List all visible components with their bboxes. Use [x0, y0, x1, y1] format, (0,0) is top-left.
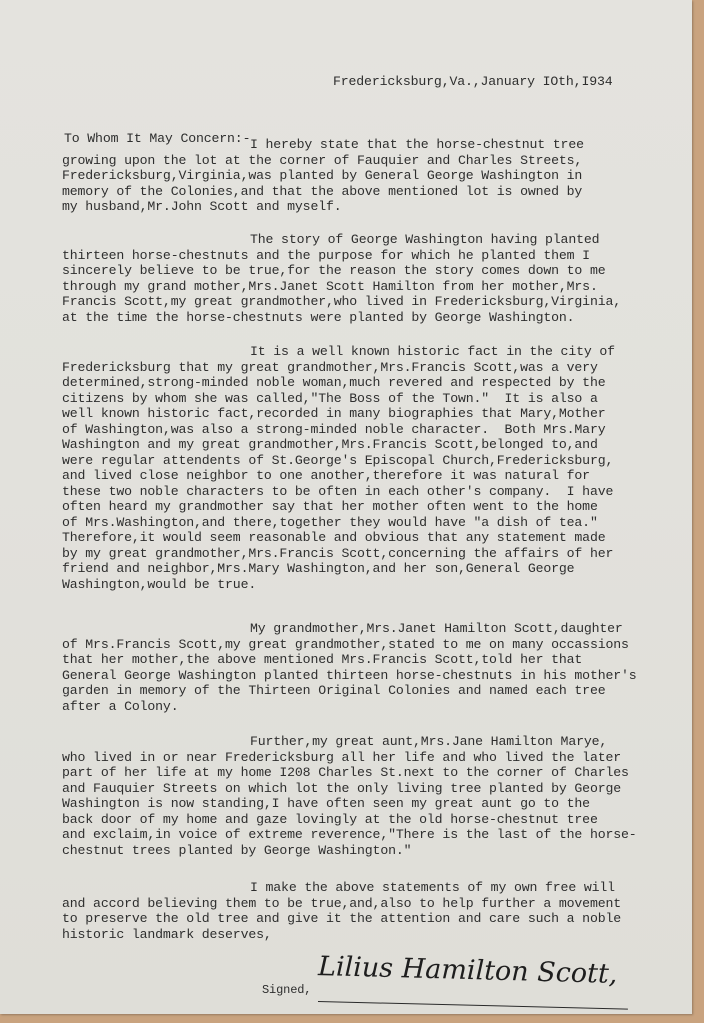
text-line: and exclaim,in voice of extreme reverenc… [62, 827, 637, 843]
text-line: often heard my grandmother say that her … [62, 499, 615, 515]
text-line: garden in memory of the Thirteen Origina… [62, 683, 637, 699]
dateline: Fredericksburg,Va.,January IOth,I934 [333, 74, 613, 90]
paragraph-1: I hereby state that the horse-chestnut t… [62, 137, 584, 215]
text-line: Fredericksburg that my great grandmother… [62, 360, 615, 376]
text-line: of Mrs.Francis Scott,my great grandmothe… [62, 637, 637, 653]
text-line: and Fauquier Streets on which lot the on… [62, 781, 637, 797]
text-line: to preserve the old tree and give it the… [62, 911, 621, 927]
text-line: friend and neighbor,Mrs.Mary Washington,… [62, 561, 615, 577]
text-line: I hereby state that the horse-chestnut t… [62, 137, 584, 153]
signature-line [318, 1001, 628, 1010]
text-line: well known historic fact,recorded in man… [62, 406, 615, 422]
text-line: General George Washington planted thirte… [62, 668, 637, 684]
letter-page: Fredericksburg,Va.,January IOth,I934 To … [0, 0, 692, 1014]
text-line: My grandmother,Mrs.Janet Hamilton Scott,… [62, 621, 637, 637]
paragraph-3: It is a well known historic fact in the … [62, 344, 615, 592]
handwritten-signature: Lilius Hamilton Scott, [318, 951, 618, 990]
text-line: thirteen horse-chestnuts and the purpose… [62, 248, 621, 264]
text-line: and accord believing them to be true,and… [62, 896, 621, 912]
text-line: growing upon the lot at the corner of Fa… [62, 153, 584, 169]
paragraph-2: The story of George Washington having pl… [62, 232, 621, 325]
text-line: It is a well known historic fact in the … [62, 344, 615, 360]
text-line: Therefore,it would seem reasonable and o… [62, 530, 615, 546]
text-line: historic landmark deserves, [62, 927, 621, 943]
text-line: memory of the Colonies,and that the abov… [62, 184, 584, 200]
paragraph-4: My grandmother,Mrs.Janet Hamilton Scott,… [62, 621, 637, 714]
text-line: I make the above statements of my own fr… [62, 880, 621, 896]
text-line: and lived close neighbor to one another,… [62, 468, 615, 484]
text-line: of Mrs.Washington,and there,together the… [62, 515, 615, 531]
text-line: Further,my great aunt,Mrs.Jane Hamilton … [62, 734, 637, 750]
text-line: after a Colony. [62, 699, 637, 715]
text-line: Washington and my great grandmother,Mrs.… [62, 437, 615, 453]
text-line: were regular attendents of St.George's E… [62, 453, 615, 469]
text-line: back door of my home and gaze lovingly a… [62, 812, 637, 828]
text-line: Francis Scott,my great grandmother,who l… [62, 294, 621, 310]
text-line: Fredericksburg,Virginia,was planted by G… [62, 168, 584, 184]
paragraph-6: I make the above statements of my own fr… [62, 880, 621, 942]
signed-label: Signed, [262, 983, 311, 999]
paragraph-5: Further,my great aunt,Mrs.Jane Hamilton … [62, 734, 637, 858]
text-line: my husband,Mr.John Scott and myself. [62, 199, 584, 215]
text-line: Washington,would be true. [62, 577, 615, 593]
text-line: that her mother,the above mentioned Mrs.… [62, 652, 637, 668]
text-line: part of her life at my home I208 Charles… [62, 765, 637, 781]
text-line: citizens by whom she was called,"The Bos… [62, 391, 615, 407]
text-line: by my great grandmother,Mrs.Francis Scot… [62, 546, 615, 562]
text-line: chestnut trees planted by George Washing… [62, 843, 637, 859]
text-line: sincerely believe to be true,for the rea… [62, 263, 621, 279]
text-line: at the time the horse-chestnuts were pla… [62, 310, 621, 326]
text-line: these two noble characters to be often i… [62, 484, 615, 500]
text-line: The story of George Washington having pl… [62, 232, 621, 248]
text-line: through my grand mother,Mrs.Janet Scott … [62, 279, 621, 295]
text-line: determined,strong-minded noble woman,muc… [62, 375, 615, 391]
text-line: who lived in or near Fredericksburg all … [62, 750, 637, 766]
text-line: of Washington,was also a strong-minded n… [62, 422, 615, 438]
text-line: Washington is now standing,I have often … [62, 796, 637, 812]
